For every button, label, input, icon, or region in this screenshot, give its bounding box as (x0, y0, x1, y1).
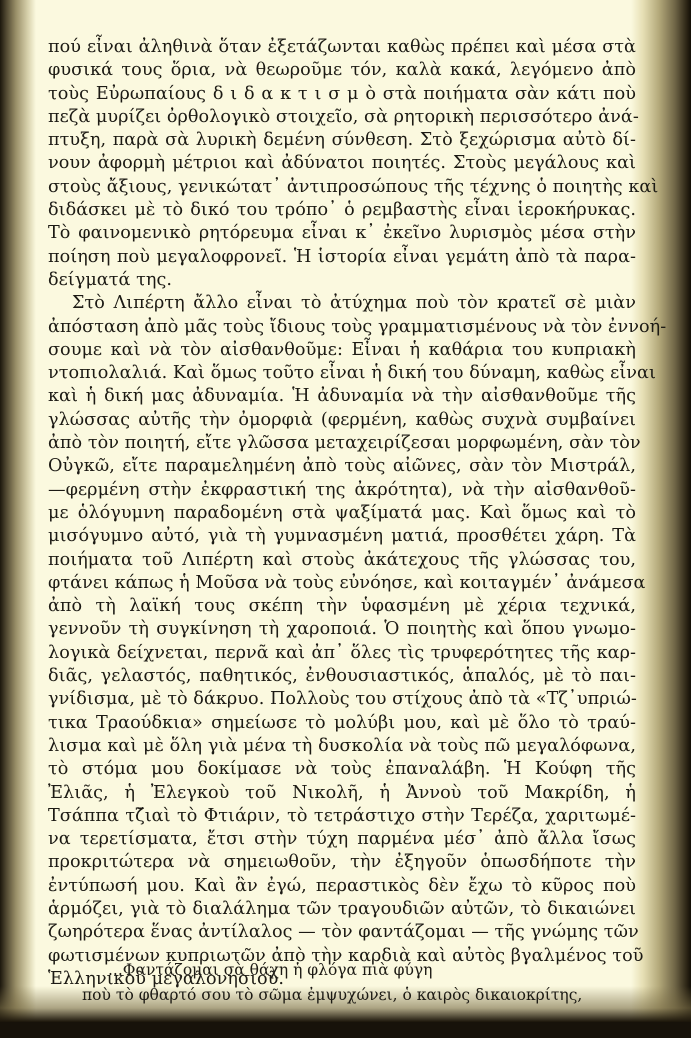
text-line: —φερμένη στὴν ἐκφραστική της ἀκρότητα), … (48, 479, 636, 502)
text-line: πεζὰ μυρίζει ὀρθολογικὸ στοιχεῖο, σὰ ρητ… (48, 106, 636, 129)
scan-bottom-border (0, 1022, 691, 1038)
text-line: σουμε καὶ νὰ τὸν αἰσθανθοῦμε: Εἶναι ἡ κα… (48, 339, 636, 362)
text-line: γεννοῦν τὴ συγκίνηση τὴ χαροποιά. Ὁ ποιη… (48, 618, 636, 641)
body-text: πού εἶναι ἀληθινὰ ὅταν ἐξετάζωνται καθὼς… (48, 36, 636, 991)
text-line: καὶ ἡ δική μας ἀδυναμία. Ἡ ἀδυναμία νὰ τ… (48, 385, 636, 408)
text-line: ἀπὸ τὸν ποιητή, εἴτε γλῶσσα μεταχειρίζεσ… (48, 432, 636, 455)
text-line: πτυξη, παρὰ σὰ λυρικὴ δεμένη σύνθεση. Στ… (48, 129, 636, 152)
text-line: ἀπὸ τὴ λαϊκή τους σκέπη τὴν ὑφασμένη μὲ … (48, 595, 636, 618)
page-gutter-shadow-left (0, 0, 36, 1022)
text-line: Στὸ Λιπέρτη ἄλλο εἶναι τὸ ἀτύχημα ποὺ τὸ… (48, 292, 636, 315)
text-line: ντοπιολαλιά. Καὶ ὅμως τοῦτο εἶναι ἡ δική… (48, 362, 636, 385)
text-line: Τσάππα τζ̆ιαὶ τὸ Φτιάριν, τὸ τετράστιχο … (48, 805, 636, 828)
text-line: με ὁλόγυμνη παραδομένη στὰ ψαξίματά μας.… (48, 502, 636, 525)
text-line: τικα Τραούδκια» σημείωσε τὸ μολύβι μου, … (48, 712, 636, 735)
text-line: ποιήματα τοῦ Λιπέρτη καὶ στοὺς ἀκάτεχους… (48, 549, 636, 572)
text-line: γνίδισμα, μὲ τὸ δάκρυο. Πολλοὺς του στίχ… (48, 688, 636, 711)
verse-quote: ...Φαντάζομαι σὰ θάχη ἡ φλόγα πιὰ φύγη π… (48, 958, 648, 1008)
text-line: διᾶς, γελαστός, παθητικός, ἐνθουσιαστικό… (48, 665, 636, 688)
text-line: ζωηρότερα ἕνας ἀντίλαλος — τὸν φαντάζομα… (48, 921, 636, 944)
page-edge-shadow-right (631, 0, 691, 1022)
text-line: Οὐγκῶ, εἴτε παραμελημένη ἀπὸ τοὺς αἰῶνες… (48, 455, 636, 478)
text-line: φυσικά τους ὅρια, νὰ θεωροῦμε τόν, καλὰ … (48, 59, 636, 82)
text-line: προκριτώτερα νὰ σημειωθοῦν, τὴν ἐξηγοῦν … (48, 851, 636, 874)
text-line: ἐντύπωσή μου. Καὶ ἂν ἐγώ, περαστικὸς δὲν… (48, 875, 636, 898)
text-line: μισόγυμνο αὐτό, γιὰ τὴ γυμνασμένη ματιά,… (48, 525, 636, 548)
text-line: νουν ἀφορμὴ μέτριοι καὶ ἀδύνατοι ποιητές… (48, 152, 636, 175)
paragraph-1: πού εἶναι ἀληθινὰ ὅταν ἐξετάζωνται καθὼς… (48, 36, 636, 292)
text-line: να τερετίσματα, ἔτσι στὴν τύχη παρμένα μ… (48, 828, 636, 851)
text-line: δείγματά της. (48, 269, 636, 292)
book-page: πού εἶναι ἀληθινὰ ὅταν ἐξετάζωνται καθὼς… (0, 0, 691, 1022)
text-line: ἀπόσταση ἀπὸ μᾶς τοὺς ἴδιους τοὺς γραμμα… (48, 316, 636, 339)
verse-line: ...Φαντάζομαι σὰ θάχη ἡ φλόγα πιὰ φύγη (48, 958, 648, 983)
text-line: λογικὰ δείχνεται, περνᾶ καὶ ἀπ᾽ ὅλες τὶς… (48, 642, 636, 665)
text-line: ἁρμόζει, γιὰ τὸ διαλάλημα τῶν τραγουδιῶν… (48, 898, 636, 921)
text-line: πού εἶναι ἀληθινὰ ὅταν ἐξετάζωνται καθὼς… (48, 36, 636, 59)
text-line: Τὸ φαινομενικὸ ρητόρευμα εἶναι κ᾽ ἐκεῖνο… (48, 222, 636, 245)
text-line: γλώσσας αὐτῆς τὴν ὀμορφιὰ (φερμένη, καθὼ… (48, 409, 636, 432)
text-line: στοὺς ἄξιους, γενικώτατ᾽ ἀντιπροσώπους τ… (48, 176, 636, 199)
verse-line: ποὺ τὸ φθαρτό σου τὸ σῶμα ἐμψυχώνει, ὁ κ… (48, 983, 648, 1008)
text-line: τοὺς Εὐρωπαίους δ ι δ α κ τ ι σ μ ὸ στὰ … (48, 83, 636, 106)
text-line: τὸ στόμα μου δοκίμασε νὰ τοὺς ἐπαναλάβη.… (48, 758, 636, 781)
paragraph-2: Στὸ Λιπέρτη ἄλλο εἶναι τὸ ἀτύχημα ποὺ τὸ… (48, 292, 636, 991)
text-line: διδάσκει μὲ τὸ δικό του τρόπο᾽ ὁ ρεμβαστ… (48, 199, 636, 222)
text-line: φτάνει κάπως ἡ Μοῦσα νὰ τοὺς εὐνόησε, κα… (48, 572, 636, 595)
text-line: Ἐλιᾶς, ἡ Ἐλεγκοὺ τοῦ Νικολῆ, ἡ Ἀννοὺ τοῦ… (48, 782, 636, 805)
text-line: ποίηση ποὺ μεγαλοφρονεῖ. Ἡ ἱστορία εἶναι… (48, 246, 636, 269)
text-line: λισμα καὶ μὲ ὅλη γιὰ μένα τὴ δυσκολία νὰ… (48, 735, 636, 758)
